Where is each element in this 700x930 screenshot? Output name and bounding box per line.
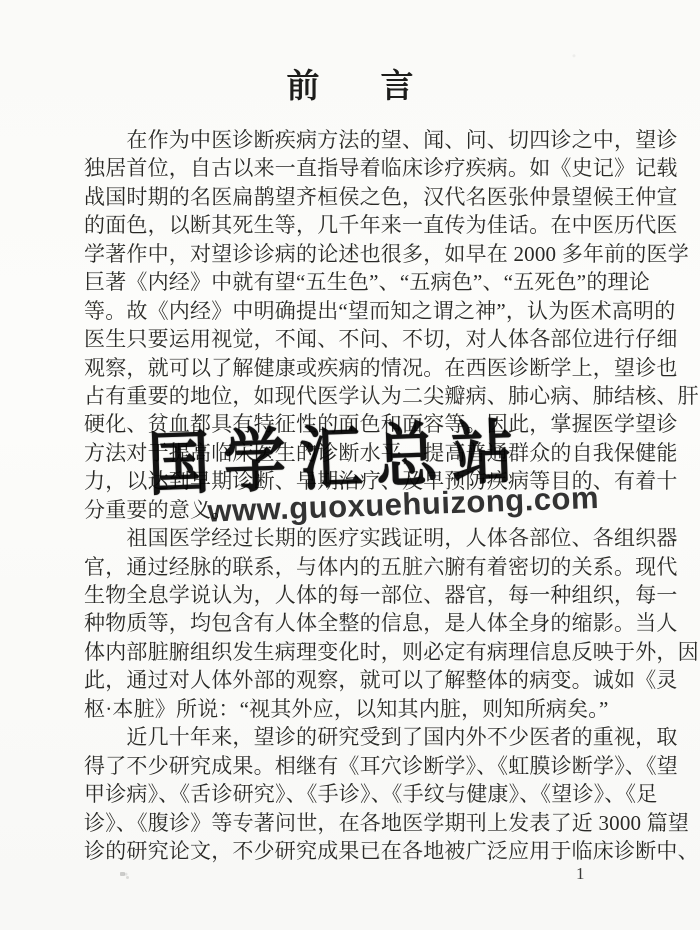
text-line: 生物全息学说认为，人体的每一部位、器官，每一种组织，每一 [84, 581, 624, 609]
text-line: 等。故《内经》中明确提出“望而知之谓之神”，认为医术高明的 [84, 297, 624, 325]
text-line: 祖国医学经过长期的医疗实践证明，人体各部位、各组织器 [84, 524, 624, 552]
text-line: 硬化、贫血都具有特征性的面色和面容等。因此，掌握医学望诊 [84, 410, 624, 438]
text-line: 甲诊病》、《舌诊研究》、《手诊》、《手纹与健康》、《望诊》、《足 [84, 780, 624, 808]
text-line: 官，通过经脉的联系，与体内的五脏六腑有着密切的关系。现代 [84, 553, 624, 581]
text-line: 此，通过对人体外部的观察，就可以了解整体的病变。诚如《灵 [84, 666, 624, 694]
text-line: 种物质等，均包含有人体全整的信息，是人体全身的缩影。当人 [84, 609, 624, 637]
scanned-page: 前 言 在作为中医诊断疾病方法的望、闻、问、切四诊之中，望诊独居首位，自古以来一… [0, 0, 700, 930]
text-line: 枢·本脏》所说：“视其外应，以知其内脏，则知所病矣。” [84, 695, 624, 723]
text-line: 战国时期的名医扁鹊望齐桓侯之色，汉代名医张仲景望候王仲宣 [84, 183, 624, 211]
text-line: 占有重要的地位，如现代医学认为二尖瓣病、肺心病、肺结核、肝 [84, 382, 624, 410]
body-text: 在作为中医诊断疾病方法的望、闻、问、切四诊之中，望诊独居首位，自古以来一直指导着… [84, 126, 624, 865]
page-number: 1 [576, 864, 585, 884]
text-line: 诊》、《腹诊》等专著问世，在各地医学期刊上发表了近 3000 篇望 [84, 809, 624, 837]
text-line: 近几十年来，望诊的研究受到了国内外不少医者的重视，取 [84, 723, 624, 751]
text-line: 的面色，以断其死生等，几千年来一直传为佳话。在中医历代医 [84, 211, 624, 239]
text-line: 学著作中，对望诊诊病的论述也很多，如早在 2000 多年前的医学 [84, 240, 624, 268]
page-title: 前 言 [0, 60, 700, 107]
scan-artifact [126, 876, 129, 879]
text-line: 体内部脏腑组织发生病理变化时，则必定有病理信息反映于外，因 [84, 638, 624, 666]
text-line: 力，以达到早期诊断、早期治疗、及早预防疾病等目的、有着十 [84, 467, 624, 495]
text-line: 独居首位，自古以来一直指导着临床诊疗疾病。如《史记》记载 [84, 154, 624, 182]
text-line: 方法对于提高临床医生的诊断水平，提高普通群众的自我保健能 [84, 439, 624, 467]
text-line: 诊的研究论文，不少研究成果已在各地被广泛应用于临床诊断中、 [84, 837, 624, 865]
text-line: 得了不少研究成果。相继有《耳穴诊断学》、《虹膜诊断学》、《望 [84, 752, 624, 780]
scan-artifact [120, 872, 125, 876]
text-line: 观察，就可以了解健康或疾病的情况。在西医诊断学上，望诊也 [84, 354, 624, 382]
text-line: 医生只要运用视觉，不闻、不问、不切，对人体各部位进行仔细 [84, 325, 624, 353]
text-line: 分重要的意义。 [84, 496, 624, 524]
text-line: 巨著《内经》中就有望“五生色”、“五病色”、“五死色”的理论 [84, 268, 624, 296]
text-line: 在作为中医诊断疾病方法的望、闻、问、切四诊之中，望诊 [84, 126, 624, 154]
